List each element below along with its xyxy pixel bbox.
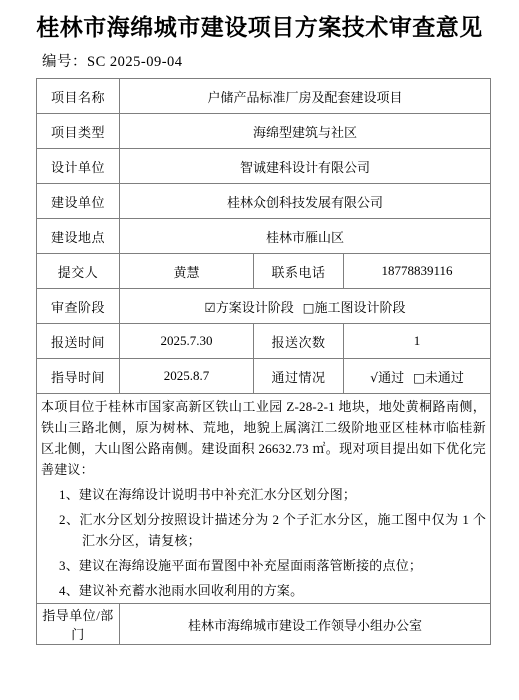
row-submission: 报送时间 2025.7.30 报送次数 1	[37, 324, 491, 359]
doc-number-line: 编号：SC 2025-09-04	[42, 50, 519, 71]
design-unit-label: 设计单位	[37, 149, 120, 184]
row-construction-site: 建设地点 桂林市雁山区	[37, 219, 491, 254]
doc-number-label: 编号：	[42, 54, 87, 70]
project-name-value: 户储产品标准厂房及配套建设项目	[120, 79, 491, 114]
submission-count-label: 报送次数	[254, 324, 344, 359]
design-unit-value: 智诚建科设计有限公司	[120, 149, 491, 184]
pass-status-label: 通过情况	[254, 359, 344, 394]
phone-value: 18778839116	[344, 254, 491, 289]
row-opinion: 本项目位于桂林市国家高新区铁山工业园 Z-28-2-1 地块，地处黄桐路南侧，铁…	[37, 394, 491, 604]
guidance-department-value: 桂林市海绵城市建设工作领导小组办公室	[120, 604, 491, 645]
unchecked-checkbox-icon: □	[303, 300, 315, 315]
fail-option: 未通过	[425, 370, 464, 385]
fail-checkbox-icon: □	[413, 370, 425, 385]
doc-number-value: SC 2025-09-04	[87, 54, 183, 70]
submission-date-value: 2025.7.30	[120, 324, 254, 359]
page-title: 桂林市海绵城市建设项目方案技术审查意见	[8, 13, 511, 41]
opinion-item-3: 3、建议在海绵设施平面布置图中补充屋面雨落管断接的点位；	[41, 555, 486, 576]
review-stage-label: 审查阶段	[37, 289, 120, 324]
opinion-item-1: 1、建议在海绵设计说明书中补充汇水分区划分图；	[41, 484, 486, 505]
guidance-date-value: 2025.8.7	[120, 359, 254, 394]
row-project-name: 项目名称 户储产品标准厂房及配套建设项目	[37, 79, 491, 114]
row-guidance: 指导时间 2025.8.7 通过情况 √通过□未通过	[37, 359, 491, 394]
opinion-paragraph: 本项目位于桂林市国家高新区铁山工业园 Z-28-2-1 地块，地处黄桐路南侧，铁…	[41, 396, 486, 480]
plan-stage-option: 方案设计阶段	[216, 300, 294, 315]
row-design-unit: 设计单位 智诚建科设计有限公司	[37, 149, 491, 184]
pass-option: 通过	[378, 370, 404, 385]
project-name-label: 项目名称	[37, 79, 120, 114]
row-project-type: 项目类型 海绵型建筑与社区	[37, 114, 491, 149]
project-type-value: 海绵型建筑与社区	[120, 114, 491, 149]
row-construction-unit: 建设单位 桂林众创科技发展有限公司	[37, 184, 491, 219]
document-page: 桂林市海绵城市建设项目方案技术审查意见 编号：SC 2025-09-04 项目名…	[0, 0, 519, 700]
row-review-stage: 审查阶段 ☑方案设计阶段□施工图设计阶段	[37, 289, 491, 324]
construction-site-value: 桂林市雁山区	[120, 219, 491, 254]
construction-site-label: 建设地点	[37, 219, 120, 254]
opinion-cell: 本项目位于桂林市国家高新区铁山工业园 Z-28-2-1 地块，地处黄桐路南侧，铁…	[37, 394, 491, 604]
check-mark-icon: √	[370, 370, 378, 385]
checked-checkbox-icon: ☑	[204, 300, 215, 315]
opinion-item-4: 4、建议补充蓄水池雨水回收利用的方案。	[41, 580, 486, 601]
row-guidance-department: 指导单位/部门 桂林市海绵城市建设工作领导小组办公室	[37, 604, 491, 645]
submitter-name-value: 黄慧	[120, 254, 254, 289]
project-type-label: 项目类型	[37, 114, 120, 149]
review-form-table: 项目名称 户储产品标准厂房及配套建设项目 项目类型 海绵型建筑与社区 设计单位 …	[36, 78, 491, 645]
submitter-label: 提交人	[37, 254, 120, 289]
guidance-time-label: 指导时间	[37, 359, 120, 394]
construction-unit-label: 建设单位	[37, 184, 120, 219]
row-submitter: 提交人 黄慧 联系电话 18778839116	[37, 254, 491, 289]
phone-label: 联系电话	[254, 254, 344, 289]
guidance-department-label: 指导单位/部门	[37, 604, 120, 645]
opinion-item-2: 2、汇水分区划分按照设计描述分为 2 个子汇水分区，施工图中仅为 1 个汇水分区…	[41, 509, 486, 551]
pass-status-value: √通过□未通过	[344, 359, 491, 394]
construction-drawing-stage-option: 施工图设计阶段	[315, 300, 406, 315]
submission-time-label: 报送时间	[37, 324, 120, 359]
construction-unit-value: 桂林众创科技发展有限公司	[120, 184, 491, 219]
review-stage-value: ☑方案设计阶段□施工图设计阶段	[120, 289, 491, 324]
submission-count-value: 1	[344, 324, 491, 359]
